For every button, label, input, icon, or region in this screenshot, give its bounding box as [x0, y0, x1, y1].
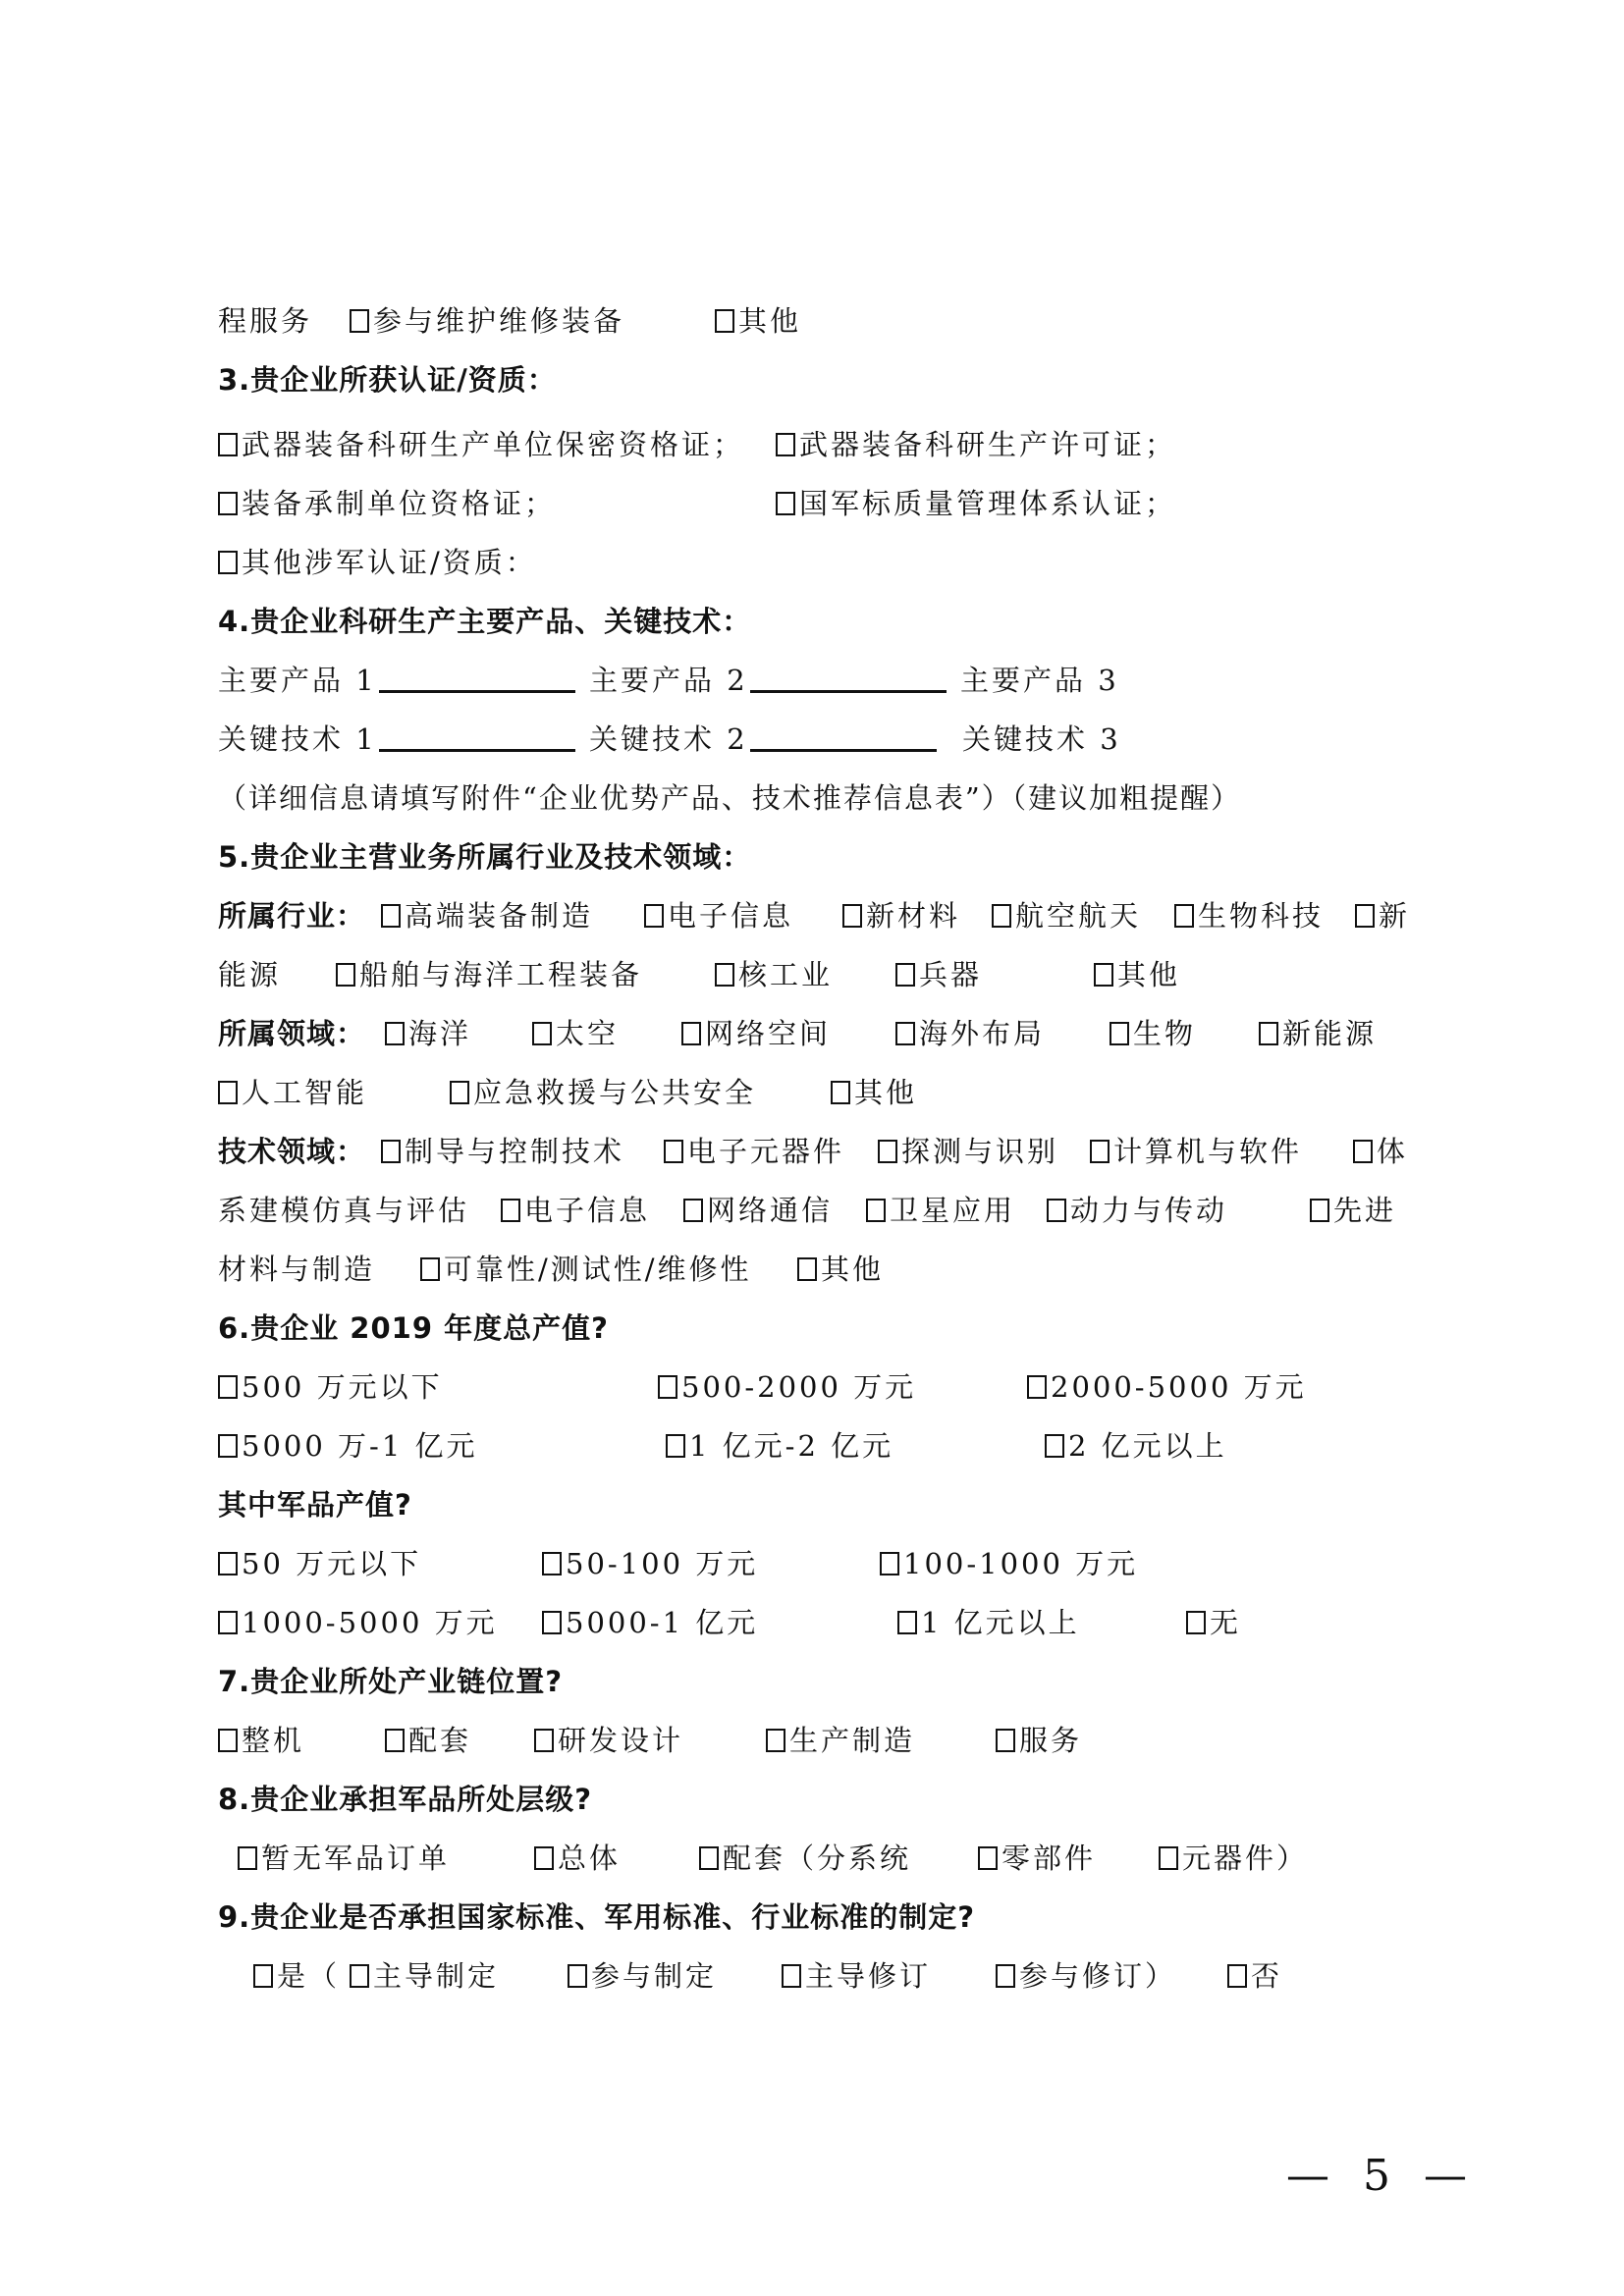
option-contractor-cert[interactable]: 装备承制单位资格证； — [218, 484, 556, 523]
option-label: 电子元器件 — [687, 1132, 844, 1171]
checkbox[interactable] — [658, 1375, 677, 1399]
checkbox[interactable] — [866, 1199, 886, 1222]
option-advanced-materials-cont: 材料与制造 — [218, 1250, 375, 1289]
option-label: 2000-5000 万元 — [1051, 1367, 1307, 1407]
checkbox[interactable] — [878, 1140, 897, 1163]
checkbox[interactable] — [336, 963, 355, 987]
checkbox[interactable] — [895, 963, 915, 987]
option-label: 是（ — [277, 1956, 340, 1996]
option-none[interactable]: 无 — [1186, 1603, 1241, 1642]
q9-row: 是（ 主导制定 参与制定 主导修订 参与修订） 否 — [0, 1956, 1624, 1996]
option-label: 海外布局 — [919, 1014, 1045, 1053]
option-below-500w[interactable]: 500 万元以下 — [218, 1367, 443, 1407]
option-label: 1 亿元-2 亿元 — [689, 1426, 893, 1466]
option-label: 装备承制单位资格证； — [242, 484, 556, 523]
product-2-field[interactable]: 主要产品 2 — [589, 661, 948, 700]
option-label: 太空 — [556, 1014, 619, 1053]
q8-title: 8.贵企业承担军品所处层级? — [218, 1780, 592, 1819]
q6-title: 6.贵企业 2019 年度总产值? — [218, 1308, 609, 1348]
checkbox[interactable] — [644, 904, 664, 928]
q3-row-2: 装备承制单位资格证； 国军标质量管理体系认证； — [0, 484, 1624, 523]
option-advanced-materials[interactable]: 先进 — [1310, 1191, 1396, 1230]
option-label: 500-2000 万元 — [681, 1367, 916, 1407]
option-satellite[interactable]: 卫星应用 — [866, 1191, 1015, 1230]
tech-1-label: 关键技术 1 — [218, 720, 377, 759]
option-label: 高端装备制造 — [405, 896, 593, 935]
tech-1-field[interactable]: 关键技术 1 — [218, 720, 577, 759]
option-label: 参与修订） — [1019, 1956, 1176, 1996]
option-label: 体 — [1377, 1132, 1408, 1171]
tech-2-field[interactable]: 关键技术 2 — [589, 720, 939, 759]
option-above-2y[interactable]: 2 亿元以上 — [1045, 1426, 1227, 1466]
q2-tail-line: 程服务 参与维护维修装备 其他 — [0, 301, 1624, 341]
option-bio-domain[interactable]: 生物 — [1110, 1014, 1196, 1053]
checkbox[interactable] — [666, 1434, 685, 1458]
checkbox[interactable] — [1353, 1140, 1373, 1163]
option-nuclear[interactable]: 核工业 — [715, 955, 833, 994]
option-ai[interactable]: 人工智能 — [218, 1073, 367, 1112]
option-50-100w[interactable]: 50-100 万元 — [542, 1544, 758, 1583]
checkbox[interactable] — [699, 1846, 719, 1870]
option-label: 网络通信 — [707, 1191, 833, 1230]
option-label: 航空航天 — [1015, 896, 1141, 935]
option-1y-2y[interactable]: 1 亿元-2 亿元 — [666, 1426, 893, 1466]
option-aerospace[interactable]: 航空航天 — [992, 896, 1141, 935]
q4-title-line: 4.贵企业科研生产主要产品、关键技术： — [0, 602, 1624, 641]
q5-industry-row-2: 能源 船舶与海洋工程装备 核工业 兵器 其他 — [0, 955, 1624, 994]
option-label: 生物 — [1133, 1014, 1196, 1053]
option-network-comm[interactable]: 网络通信 — [683, 1191, 833, 1230]
option-label: 100-1000 万元 — [903, 1544, 1138, 1583]
q4-products-row: 主要产品 1 主要产品 2 主要产品 3 — [0, 661, 1624, 700]
tech-label: 技术领域： — [218, 1132, 365, 1171]
option-parts[interactable]: 零部件 — [978, 1839, 1096, 1878]
checkbox[interactable] — [1159, 1846, 1178, 1870]
checkbox[interactable] — [218, 1611, 238, 1634]
checkbox[interactable] — [385, 1022, 405, 1045]
option-system-modeling[interactable]: 体 — [1353, 1132, 1408, 1171]
option-rd-design[interactable]: 研发设计 — [534, 1721, 683, 1760]
option-other-industry[interactable]: 其他 — [1094, 955, 1180, 994]
option-high-end-equipment[interactable]: 高端装备制造 — [381, 896, 593, 935]
checkbox[interactable] — [880, 1552, 899, 1575]
q5-title: 5.贵企业主营业务所属行业及技术领域： — [218, 837, 751, 877]
q4-tech-row: 关键技术 1 关键技术 2 关键技术 3 — [0, 720, 1624, 759]
option-label: 无 — [1210, 1603, 1241, 1642]
checkbox[interactable] — [218, 492, 238, 515]
checkbox[interactable] — [501, 1199, 520, 1222]
checkbox[interactable] — [450, 1081, 469, 1104]
checkbox[interactable] — [1186, 1611, 1206, 1634]
q3-row-1: 武器装备科研生产单位保密资格证； 武器装备科研生产许可证； — [0, 425, 1624, 464]
option-new-energy-domain[interactable]: 新能源 — [1259, 1014, 1377, 1053]
checkbox[interactable] — [218, 1375, 238, 1399]
option-label: 主导修订 — [805, 1956, 931, 1996]
option-label: 其他 — [854, 1073, 917, 1112]
tech-2-label: 关键技术 2 — [589, 720, 748, 759]
option-label: 武器装备科研生产单位保密资格证； — [242, 425, 744, 464]
option-lead-formulate[interactable]: 主导制定 — [350, 1956, 499, 1996]
option-label: 系建模仿真与评估 — [218, 1191, 469, 1230]
option-no[interactable]: 否 — [1227, 1956, 1282, 1996]
q6-row-2: 5000 万-1 亿元 1 亿元-2 亿元 2 亿元以上 — [0, 1426, 1624, 1466]
checkbox[interactable] — [776, 492, 795, 515]
option-label: 制导与控制技术 — [405, 1132, 624, 1171]
option-label: 其他 — [821, 1250, 884, 1289]
option-label: 人工智能 — [242, 1073, 367, 1112]
option-5000w-1y[interactable]: 5000 万-1 亿元 — [218, 1426, 478, 1466]
option-overseas[interactable]: 海外布局 — [895, 1014, 1045, 1053]
checkbox[interactable] — [253, 1964, 273, 1988]
option-ocean[interactable]: 海洋 — [385, 1014, 471, 1053]
q4-title: 4.贵企业科研生产主要产品、关键技术： — [218, 602, 751, 641]
option-label: 材料与制造 — [218, 1250, 375, 1289]
tech-3-field[interactable]: 关键技术 3 — [962, 720, 1121, 759]
q9-title-line: 9.贵企业是否承担国家标准、军用标准、行业标准的制定? — [0, 1897, 1624, 1937]
checkbox[interactable] — [1355, 904, 1375, 928]
option-label: 参与制定 — [591, 1956, 717, 1996]
option-maintenance[interactable]: 参与维护维修装备 — [350, 301, 624, 341]
product-2-label: 主要产品 2 — [589, 661, 748, 700]
option-label: 国军标质量管理体系认证； — [799, 484, 1176, 523]
tech-3-label: 关键技术 3 — [962, 720, 1121, 759]
q6-military-row-1: 50 万元以下 50-100 万元 100-1000 万元 — [0, 1544, 1624, 1583]
q3-title: 3.贵企业所获认证/资质： — [218, 360, 557, 400]
option-label: 电子信息 — [668, 896, 793, 935]
checkbox[interactable] — [1310, 1199, 1329, 1222]
option-5000-1y[interactable]: 5000-1 亿元 — [542, 1603, 758, 1642]
option-2000-5000w[interactable]: 2000-5000 万元 — [1027, 1367, 1307, 1407]
checkbox[interactable] — [1047, 1199, 1066, 1222]
option-label: 生产制造 — [789, 1721, 915, 1760]
option-label: 卫星应用 — [890, 1191, 1015, 1230]
q5-tech-row-1: 技术领域： 制导与控制技术 电子元器件 探测与识别 计算机与软件 体 — [0, 1132, 1624, 1171]
checkbox[interactable] — [218, 1081, 238, 1104]
option-system-modeling-cont: 系建模仿真与评估 — [218, 1191, 469, 1230]
option-label: 暂无军品订单 — [261, 1839, 450, 1878]
option-detection[interactable]: 探测与识别 — [878, 1132, 1058, 1171]
option-label: 武器装备科研生产许可证； — [799, 425, 1176, 464]
checkbox[interactable] — [897, 1611, 917, 1634]
checkbox[interactable] — [1259, 1022, 1278, 1045]
q6-military-row-2: 1000-5000 万元 5000-1 亿元 1 亿元以上 无 — [0, 1603, 1624, 1642]
q5-domain-row-1: 所属领域： 海洋 太空 网络空间 海外布局 生物 新能源 — [0, 1014, 1624, 1053]
tech-1-input[interactable] — [379, 726, 575, 752]
option-other[interactable]: 其他 — [715, 301, 801, 341]
option-cyberspace[interactable]: 网络空间 — [681, 1014, 831, 1053]
option-label: 其他 — [1117, 955, 1180, 994]
checkbox[interactable] — [542, 1552, 562, 1575]
checkbox[interactable] — [1110, 1022, 1129, 1045]
checkbox[interactable] — [895, 1022, 915, 1045]
checkbox[interactable] — [218, 1434, 238, 1458]
option-rms[interactable]: 可靠性/测试性/维修性 — [420, 1250, 752, 1289]
option-label: 配套（分系统 — [723, 1839, 911, 1878]
checkbox[interactable] — [420, 1257, 440, 1281]
checkbox[interactable] — [842, 904, 862, 928]
option-below-50w[interactable]: 50 万元以下 — [218, 1544, 421, 1583]
option-label: 探测与识别 — [901, 1132, 1058, 1171]
option-label: 新能源 — [1282, 1014, 1377, 1053]
option-subsystem[interactable]: 配套（分系统 — [699, 1839, 911, 1878]
option-electronic-info-tech[interactable]: 电子信息 — [501, 1191, 650, 1230]
q7-title: 7.贵企业所处产业链位置? — [218, 1662, 563, 1701]
option-electronic-info[interactable]: 电子信息 — [644, 896, 793, 935]
option-components[interactable]: 电子元器件 — [664, 1132, 844, 1171]
option-label: 电子信息 — [524, 1191, 650, 1230]
page-number: — 5 — — [1286, 2152, 1477, 2201]
option-secrecy-cert[interactable]: 武器装备科研生产单位保密资格证； — [218, 425, 744, 464]
checkbox[interactable] — [797, 1257, 817, 1281]
checkbox[interactable] — [782, 1964, 801, 1988]
checkbox[interactable] — [996, 1964, 1015, 1988]
option-label: 配套 — [408, 1721, 471, 1760]
checkbox[interactable] — [1090, 1140, 1110, 1163]
q3-title-line: 3.贵企业所获认证/资质： — [0, 360, 1624, 400]
checkbox[interactable] — [978, 1846, 998, 1870]
product-2-input[interactable] — [750, 667, 947, 693]
option-label: 5000 万-1 亿元 — [242, 1426, 478, 1466]
option-label: 1 亿元以上 — [921, 1603, 1080, 1642]
q4-note: （详细信息请填写附件“企业优势产品、技术推荐信息表”）（建议加粗提醒） — [218, 778, 1241, 818]
q6-military-title-line: 其中军品产值? — [0, 1485, 1624, 1524]
option-supporting[interactable]: 配套 — [385, 1721, 471, 1760]
checkbox[interactable] — [766, 1729, 785, 1752]
option-new-energy-cont: 能源 — [218, 955, 281, 994]
option-label: 海洋 — [408, 1014, 471, 1053]
q4-note-line: （详细信息请填写附件“企业优势产品、技术推荐信息表”）（建议加粗提醒） — [0, 778, 1624, 818]
checkbox[interactable] — [1227, 1964, 1247, 1988]
checkbox[interactable] — [218, 1552, 238, 1575]
option-participate-revise[interactable]: 参与修订） — [996, 1956, 1176, 1996]
option-power-transmission[interactable]: 动力与传动 — [1047, 1191, 1227, 1230]
option-label: 计算机与软件 — [1113, 1132, 1302, 1171]
option-gjb-quality[interactable]: 国军标质量管理体系认证； — [776, 484, 1176, 523]
option-shipbuilding[interactable]: 船舶与海洋工程装备 — [336, 955, 642, 994]
option-other-cert[interactable]: 其他涉军认证/资质： — [218, 543, 537, 582]
option-label: 其他 — [738, 301, 801, 341]
option-new-energy[interactable]: 新 — [1355, 896, 1410, 935]
product-1-field[interactable]: 主要产品 1 — [218, 661, 577, 700]
option-weapons[interactable]: 兵器 — [895, 955, 982, 994]
checkbox[interactable] — [350, 1964, 369, 1988]
q5-tech-row-3: 材料与制造 可靠性/测试性/维修性 其他 — [0, 1250, 1624, 1289]
q8-row: 暂无军品订单 总体 配套（分系统 零部件 元器件） — [0, 1839, 1624, 1878]
checkbox[interactable] — [996, 1729, 1015, 1752]
option-components-level[interactable]: 元器件） — [1159, 1839, 1308, 1878]
option-label: 生物科技 — [1198, 896, 1324, 935]
checkbox[interactable] — [218, 1729, 238, 1752]
checkbox[interactable] — [831, 1081, 850, 1104]
checkbox[interactable] — [532, 1022, 552, 1045]
checkbox[interactable] — [350, 309, 369, 333]
checkbox[interactable] — [992, 904, 1011, 928]
checkbox[interactable] — [1045, 1434, 1064, 1458]
option-label: 新材料 — [866, 896, 960, 935]
q2-tail-lead: 程服务 — [218, 301, 312, 341]
option-label: 动力与传动 — [1070, 1191, 1227, 1230]
checkbox[interactable] — [534, 1846, 554, 1870]
checkbox[interactable] — [1027, 1375, 1047, 1399]
q5-tech-row-2: 系建模仿真与评估 电子信息 网络通信 卫星应用 动力与传动 先进 — [0, 1191, 1624, 1230]
option-label: 参与维护维修装备 — [373, 301, 624, 341]
checkbox[interactable] — [715, 963, 734, 987]
option-other-tech[interactable]: 其他 — [797, 1250, 884, 1289]
option-service[interactable]: 服务 — [996, 1721, 1082, 1760]
product-3-label: 主要产品 3 — [960, 661, 1119, 700]
checkbox[interactable] — [218, 551, 238, 574]
option-label: 主导制定 — [373, 1956, 499, 1996]
checkbox[interactable] — [664, 1140, 683, 1163]
option-no-orders[interactable]: 暂无军品订单 — [238, 1839, 450, 1878]
option-manufacturing[interactable]: 生产制造 — [766, 1721, 915, 1760]
option-emergency[interactable]: 应急救援与公共安全 — [450, 1073, 756, 1112]
checkbox[interactable] — [715, 309, 734, 333]
option-label: 1000-5000 万元 — [242, 1603, 498, 1642]
option-1000-5000w[interactable]: 1000-5000 万元 — [218, 1603, 498, 1642]
option-label: 新 — [1379, 896, 1410, 935]
option-biotech[interactable]: 生物科技 — [1174, 896, 1324, 935]
q7-title-line: 7.贵企业所处产业链位置? — [0, 1662, 1624, 1701]
product-3-field[interactable]: 主要产品 3 — [960, 661, 1119, 700]
checkbox[interactable] — [218, 433, 238, 456]
option-label: 船舶与海洋工程装备 — [359, 955, 642, 994]
option-participate-formulate[interactable]: 参与制定 — [568, 1956, 717, 1996]
option-label: 能源 — [218, 955, 281, 994]
q5-industry-row-1: 所属行业： 高端装备制造 电子信息 新材料 航空航天 生物科技 新 — [0, 896, 1624, 935]
option-label: 其他涉军认证/资质： — [242, 543, 537, 582]
option-label: 服务 — [1019, 1721, 1082, 1760]
checkbox[interactable] — [683, 1199, 703, 1222]
option-label: 应急救援与公共安全 — [473, 1073, 756, 1112]
option-new-materials[interactable]: 新材料 — [842, 896, 960, 935]
q2-tail-lead-text: 程服务 — [218, 301, 312, 341]
option-label: 先进 — [1333, 1191, 1396, 1230]
option-label: 5000-1 亿元 — [566, 1603, 758, 1642]
option-label: 核工业 — [738, 955, 833, 994]
option-production-license[interactable]: 武器装备科研生产许可证； — [776, 425, 1176, 464]
option-label: 2 亿元以上 — [1068, 1426, 1227, 1466]
option-lead-revise[interactable]: 主导修订 — [782, 1956, 931, 1996]
option-complete-machine[interactable]: 整机 — [218, 1721, 304, 1760]
option-overall[interactable]: 总体 — [534, 1839, 621, 1878]
q5-title-line: 5.贵企业主营业务所属行业及技术领域： — [0, 837, 1624, 877]
q6-row-1: 500 万元以下 500-2000 万元 2000-5000 万元 — [0, 1367, 1624, 1407]
option-space[interactable]: 太空 — [532, 1014, 619, 1053]
tech-2-input[interactable] — [750, 726, 937, 752]
option-label: 整机 — [242, 1721, 304, 1760]
option-label: 网络空间 — [705, 1014, 831, 1053]
checkbox[interactable] — [681, 1022, 701, 1045]
checkbox[interactable] — [1094, 963, 1113, 987]
option-label: 总体 — [558, 1839, 621, 1878]
checkbox[interactable] — [238, 1846, 257, 1870]
product-1-input[interactable] — [379, 667, 575, 693]
option-yes[interactable]: 是（ — [253, 1956, 340, 1996]
option-100-1000w[interactable]: 100-1000 万元 — [880, 1544, 1138, 1583]
checkbox[interactable] — [542, 1611, 562, 1634]
option-500-2000w[interactable]: 500-2000 万元 — [658, 1367, 916, 1407]
product-1-label: 主要产品 1 — [218, 661, 377, 700]
q7-row: 整机 配套 研发设计 生产制造 服务 — [0, 1721, 1624, 1760]
option-label: 500 万元以下 — [242, 1367, 443, 1407]
industry-label: 所属行业： — [218, 896, 365, 935]
checkbox[interactable] — [381, 904, 401, 928]
q9-title: 9.贵企业是否承担国家标准、军用标准、行业标准的制定? — [218, 1897, 975, 1937]
domain-label: 所属领域： — [218, 1014, 365, 1053]
option-other-domain[interactable]: 其他 — [831, 1073, 917, 1112]
option-above-1y[interactable]: 1 亿元以上 — [897, 1603, 1080, 1642]
checkbox[interactable] — [534, 1729, 554, 1752]
q3-row-3: 其他涉军认证/资质： — [0, 543, 1624, 582]
q5-domain-row-2: 人工智能 应急救援与公共安全 其他 — [0, 1073, 1624, 1112]
option-label: 50-100 万元 — [566, 1544, 758, 1583]
checkbox[interactable] — [1174, 904, 1194, 928]
q8-title-line: 8.贵企业承担军品所处层级? — [0, 1780, 1624, 1819]
option-label: 兵器 — [919, 955, 982, 994]
option-computer-software[interactable]: 计算机与软件 — [1090, 1132, 1302, 1171]
checkbox[interactable] — [381, 1140, 401, 1163]
option-label: 元器件） — [1182, 1839, 1308, 1878]
option-guidance[interactable]: 制导与控制技术 — [381, 1132, 624, 1171]
q6-title-line: 6.贵企业 2019 年度总产值? — [0, 1308, 1624, 1348]
option-label: 可靠性/测试性/维修性 — [444, 1250, 752, 1289]
checkbox[interactable] — [385, 1729, 405, 1752]
option-label: 零部件 — [1001, 1839, 1096, 1878]
checkbox[interactable] — [776, 433, 795, 456]
checkbox[interactable] — [568, 1964, 587, 1988]
option-label: 否 — [1251, 1956, 1282, 1996]
q6-military-title: 其中军品产值? — [218, 1485, 412, 1524]
option-label: 50 万元以下 — [242, 1544, 421, 1583]
option-label: 研发设计 — [558, 1721, 683, 1760]
